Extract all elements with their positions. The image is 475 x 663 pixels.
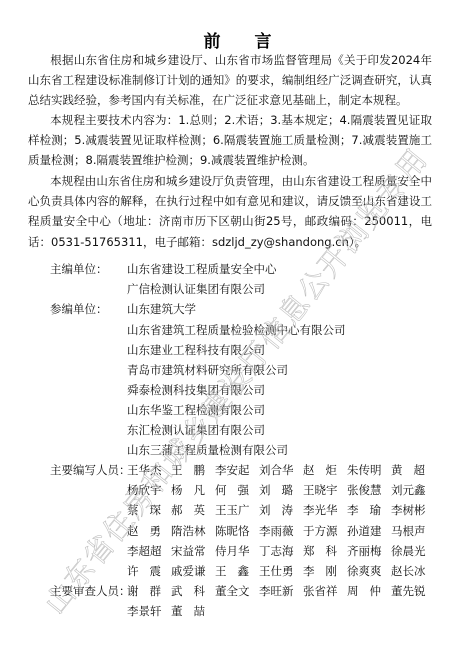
person-name: 郑科 [303,544,337,558]
person-name: 李树彬 [391,503,425,517]
person-name: 齐丽梅 [347,544,381,558]
participating-unit: 山东省建筑工程质量检验检测中心有限公司 [127,323,346,337]
person-name: 郝英 [171,503,205,517]
names-row: 李景轩董喆 [127,604,427,618]
names-row: 谢群武科董全文李旺新张省祥周仲董先锐 [127,584,427,598]
paragraph-management: 本规程由山东省住房和城乡建设厅负责管理，由山东省建设工程质量安全中心负责具体内容… [28,171,432,252]
person-name: 黄超 [391,463,425,477]
person-name: 张省祥 [303,584,337,598]
person-name: 孙道建 [347,524,381,538]
person-name: 刘涛 [259,503,293,517]
names-row: 许震戚爱谦王鑫王仕勇李刚徐爽爽赵长冰 [127,564,427,578]
participating-unit: 东汇检测认证集团有限公司 [127,423,265,437]
names-row: 蔡琛郝英王玉广刘涛李光华李瑜李树彬 [127,503,427,517]
names-row: 杨欣宇杨凡何强刘璐王晓宇张俊慧刘元鑫 [127,483,427,497]
participating-unit: 山东三蒲工程质量检测有限公司 [127,443,288,457]
participating-unit: 舜泰检测科技集团有限公司 [127,383,265,397]
person-name: 李刚 [303,564,337,578]
person-name: 李安起 [215,463,249,477]
person-name: 何强 [215,483,249,497]
person-name: 宋益常 [171,544,205,558]
names-row: 王华杰王鹏李安起刘合华赵炬朱传明黄超 [127,463,427,477]
person-name: 于方源 [303,524,337,538]
participating-units-label: 参编单位： [50,302,126,316]
person-name: 侍月华 [215,544,249,558]
participating-unit: 山东建筑大学 [127,302,196,316]
person-name: 隋浩林 [171,524,205,538]
participating-unit: 山东华鉴工程检测有限公司 [127,403,265,417]
page-title: 前 言 [0,27,475,52]
person-name: 董全文 [215,584,249,598]
main-drafters-label: 主要编写人员： [50,463,131,477]
person-name: 许震 [127,564,161,578]
person-name: 刘璐 [259,483,293,497]
paragraph-basis: 根据山东省住房和城乡建设厅、山东省市场监督管理局《关于印发2024年山东省工程建… [28,50,432,111]
person-name: 赵勇 [127,524,161,538]
participating-unit: 青岛市建筑材料研究所有限公司 [127,363,288,377]
person-name: 徐爽爽 [347,564,381,578]
chief-unit: 广信检测认证集团有限公司 [127,282,265,296]
person-name: 杨凡 [171,483,205,497]
person-name: 马根声 [391,524,425,538]
person-name: 赵长冰 [391,564,425,578]
person-name: 李光华 [303,503,337,517]
person-name: 徐晨光 [391,544,425,558]
person-name: 刘合华 [259,463,293,477]
person-name: 丁志海 [259,544,293,558]
participating-unit: 山东建业工程科技有限公司 [127,343,265,357]
names-row: 赵勇隋浩林陈昵恪李雨薇于方源孙道建马根声 [127,524,427,538]
main-reviewers-label: 主要审查人员： [50,584,131,598]
person-name: 王仕勇 [259,564,293,578]
paragraph-contents: 本规程主要技术内容为：1.总则；2.术语；3.基本规定；4.隔震装置见证取样检测… [28,110,432,171]
paragraph-text: 本规程由山东省住房和城乡建设厅负责管理，由山东省建设工程质量安全中心负责具体内容… [28,174,432,249]
person-name: 陈昵恪 [215,524,249,538]
person-name: 王晓宇 [303,483,337,497]
person-name: 朱传明 [347,463,381,477]
person-name: 王华杰 [127,463,161,477]
person-name: 李雨薇 [259,524,293,538]
person-name: 武科 [171,584,205,598]
person-name: 谢群 [127,584,161,598]
person-name: 王鹏 [171,463,205,477]
document-page: 前 言 根据山东省住房和城乡建设厅、山东省市场监督管理局《关于印发2024年山东… [0,0,475,663]
person-name: 董先锐 [391,584,425,598]
paragraph-text: 根据山东省住房和城乡建设厅、山东省市场监督管理局《关于印发2024年山东省工程建… [28,53,432,107]
person-name: 刘元鑫 [391,483,425,497]
person-name: 蔡琛 [127,503,161,517]
person-name: 李瑜 [347,503,381,517]
person-name: 周仲 [347,584,381,598]
person-name: 赵炬 [303,463,337,477]
person-name: 王玉广 [215,503,249,517]
person-name: 王鑫 [215,564,249,578]
names-row: 李超超宋益常侍月华丁志海郑科齐丽梅徐晨光 [127,544,427,558]
chief-units-label: 主编单位： [50,262,126,276]
person-name: 李旺新 [259,584,293,598]
chief-unit: 山东省建设工程质量安全中心 [127,262,277,276]
person-name: 戚爱谦 [171,564,205,578]
person-name: 杨欣宇 [127,483,161,497]
person-name: 张俊慧 [347,483,381,497]
person-name: 李超超 [127,544,161,558]
person-name: 李景轩 [127,604,161,618]
person-name: 董喆 [171,604,205,618]
paragraph-text: 本规程主要技术内容为：1.总则；2.术语；3.基本规定；4.隔震装置见证取样检测… [28,113,432,167]
